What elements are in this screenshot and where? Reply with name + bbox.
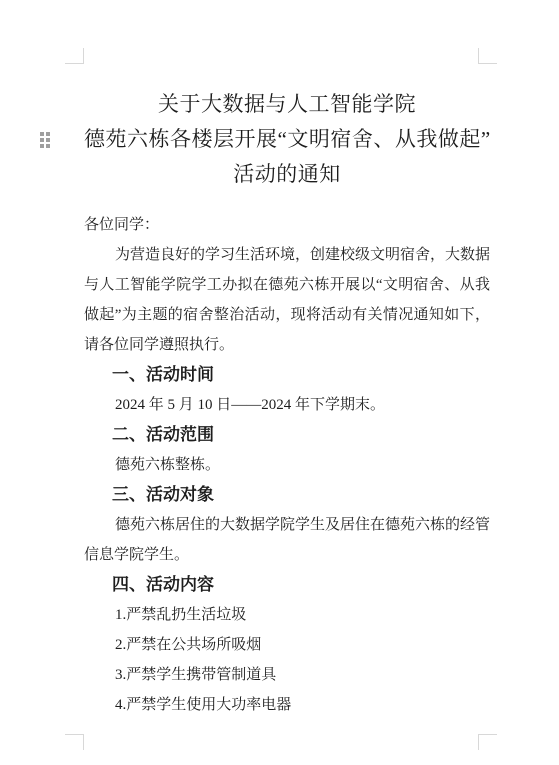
title-line-1: 关于大数据与人工智能学院	[84, 87, 490, 122]
section-heading: 三、活动对象	[84, 480, 490, 510]
section-heading: 一、活动时间	[84, 360, 490, 390]
paragraph: 3.严禁学生携带管制道具	[84, 660, 490, 690]
paragraph: 为营造良好的学习生活环境，创建校级文明宿舍，大数据与人工智能学院学工办拟在德苑六…	[84, 240, 490, 360]
title-line-2: 德苑六栋各楼层开展“文明宿舍、从我做起”	[84, 122, 490, 157]
document-title: 关于大数据与人工智能学院 德苑六栋各楼层开展“文明宿舍、从我做起” 活动的通知	[84, 87, 490, 192]
title-line-3: 活动的通知	[84, 157, 490, 192]
margin-crop-mark-bottom-right	[478, 734, 497, 750]
paragraph: 德苑六栋居住的大数据学院学生及居住在德苑六栋的经管信息学院学生。	[84, 510, 490, 570]
paragraph: 4.严禁学生使用大功率电器	[84, 690, 490, 720]
margin-crop-mark-top-left	[65, 48, 84, 64]
document-page: 关于大数据与人工智能学院 德苑六栋各楼层开展“文明宿舍、从我做起” 活动的通知 …	[0, 0, 559, 765]
document-content: 关于大数据与人工智能学院 德苑六栋各楼层开展“文明宿舍、从我做起” 活动的通知 …	[84, 87, 490, 720]
paragraph: 德苑六栋整栋。	[84, 450, 490, 480]
paragraph: 2.严禁在公共场所吸烟	[84, 630, 490, 660]
margin-crop-mark-top-right	[478, 48, 497, 64]
document-body: 各位同学：为营造良好的学习生活环境，创建校级文明宿舍，大数据与人工智能学院学工办…	[84, 210, 490, 720]
paragraph: 1.严禁乱扔生活垃圾	[84, 600, 490, 630]
drag-handle-icon[interactable]	[40, 132, 56, 149]
section-heading: 二、活动范围	[84, 420, 490, 450]
paragraph: 2024 年 5 月 10 日——2024 年下学期末。	[84, 390, 490, 420]
margin-crop-mark-bottom-left	[65, 734, 84, 750]
section-heading: 四、活动内容	[84, 570, 490, 600]
paragraph: 各位同学：	[84, 210, 490, 240]
